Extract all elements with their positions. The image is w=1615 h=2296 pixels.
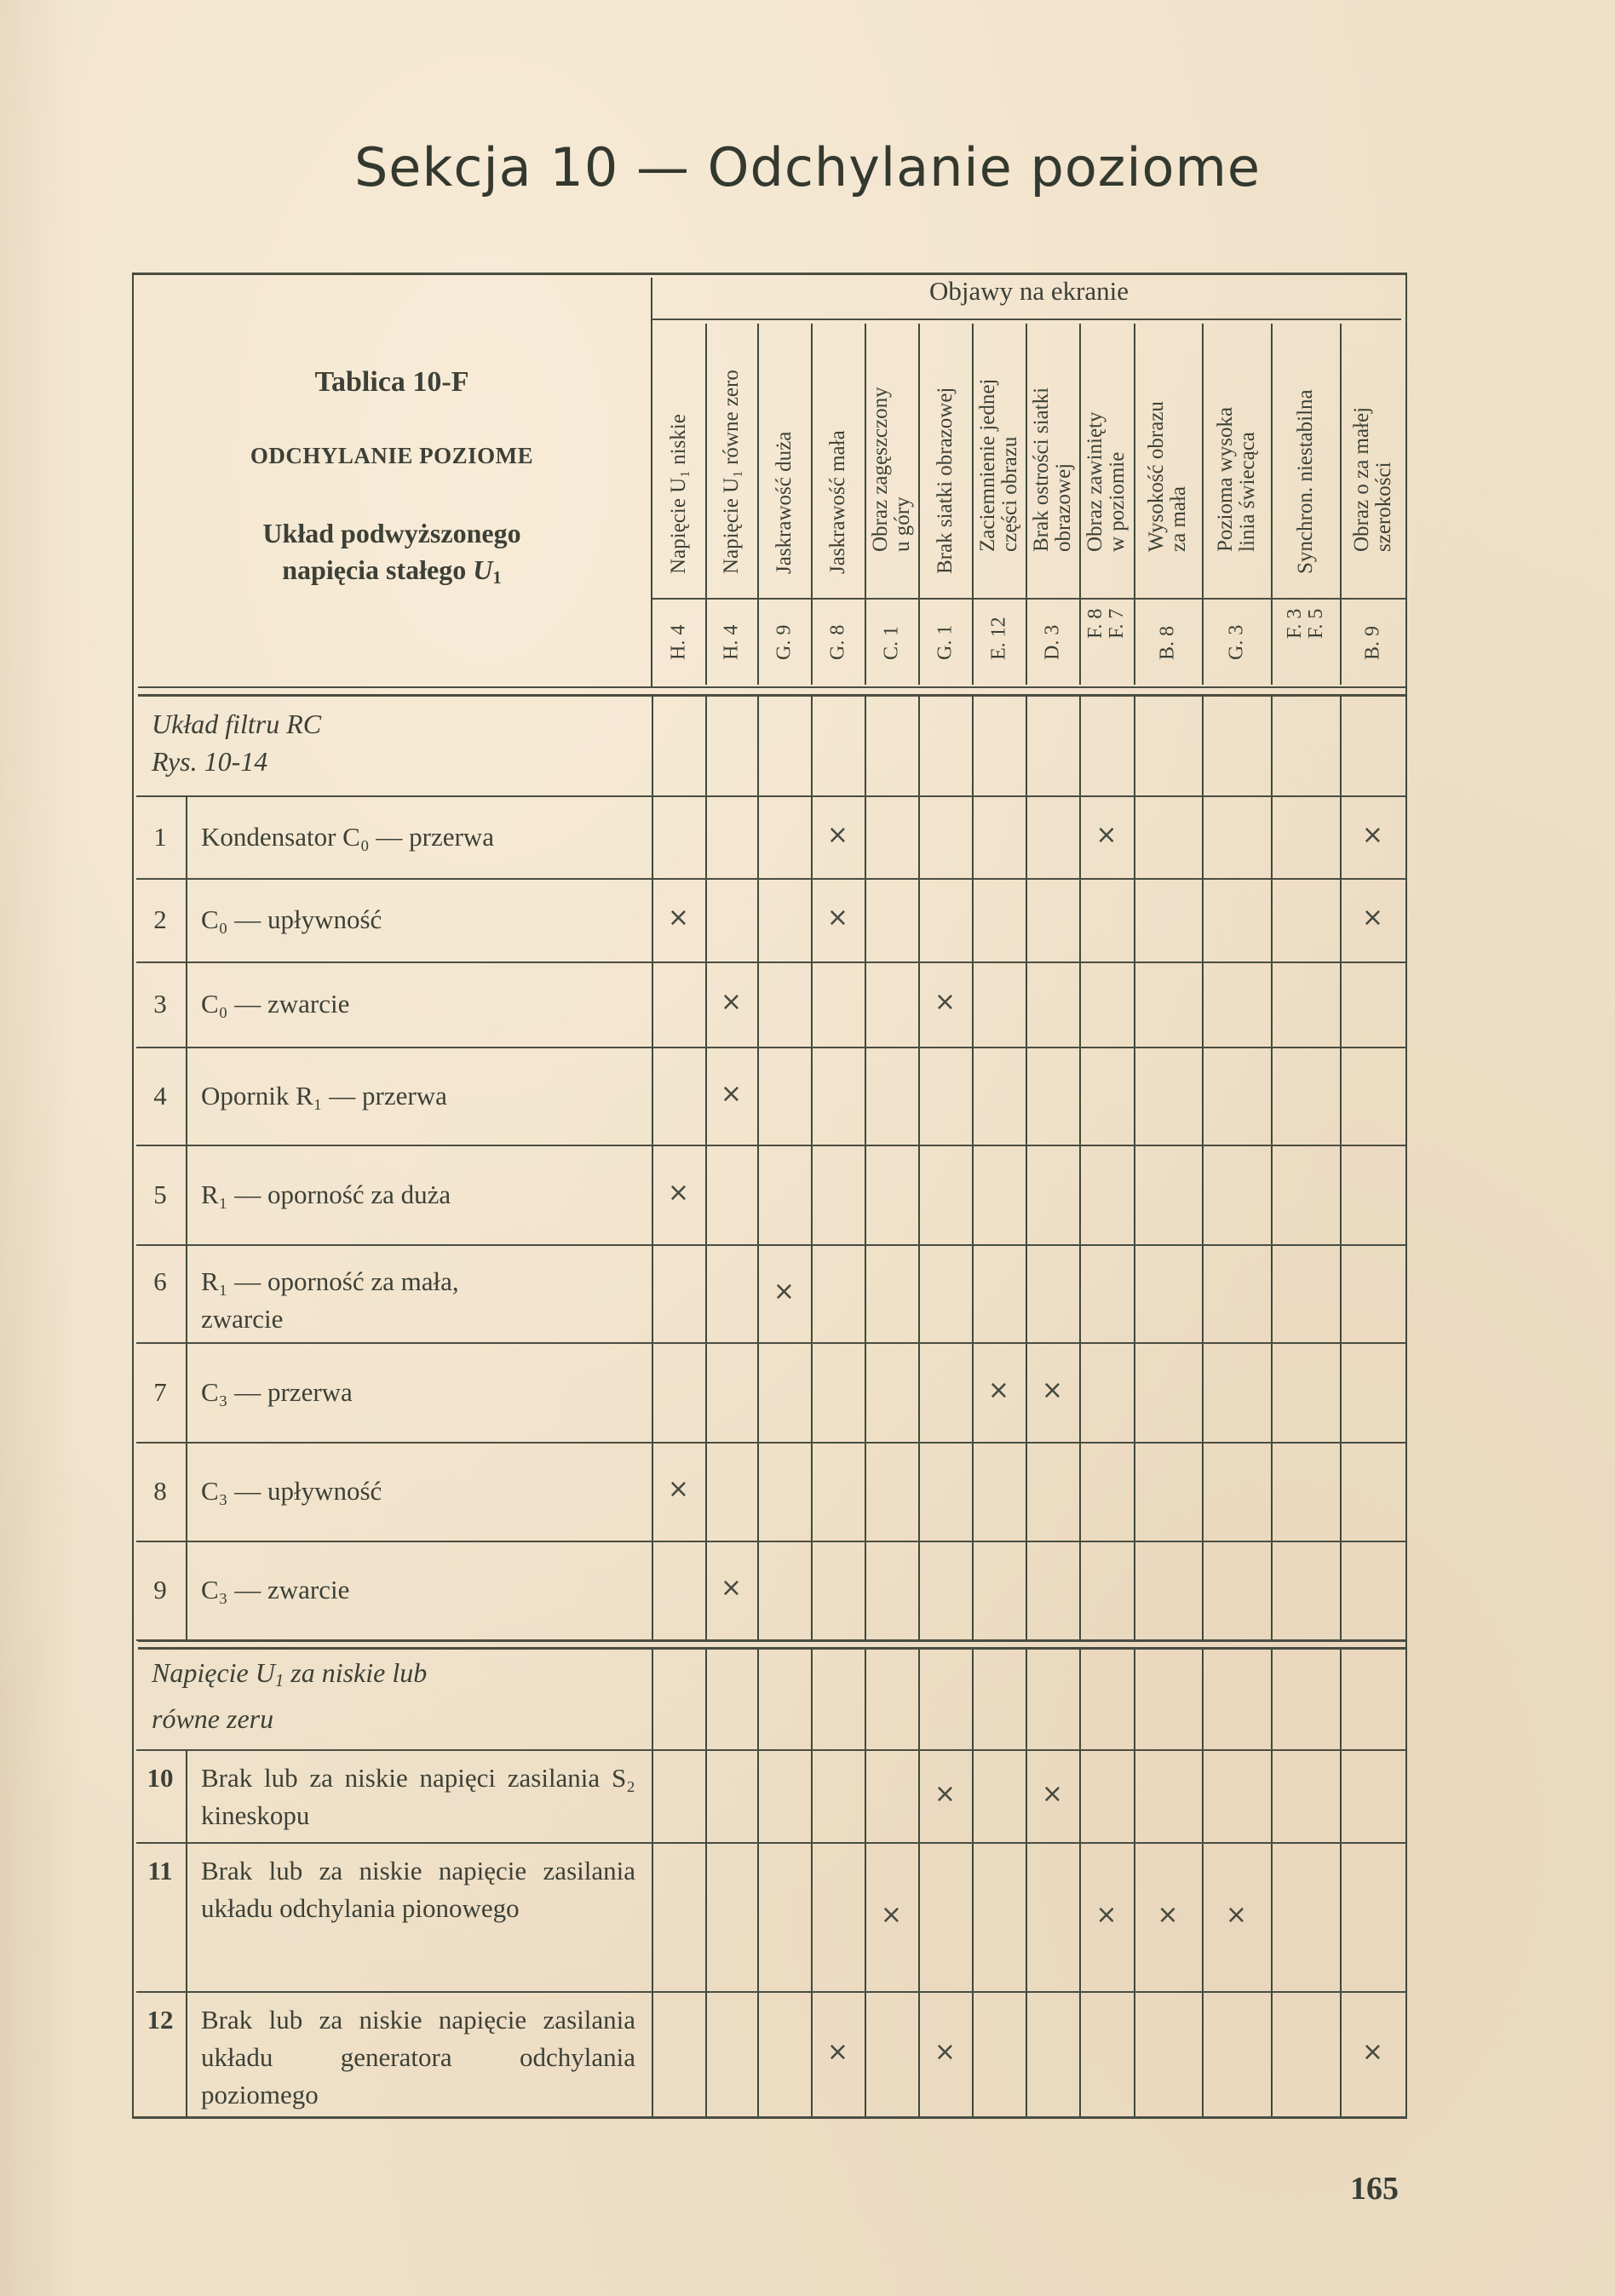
column-reference-code: G. 8 (827, 625, 848, 660)
column-header-label: Obraz zagęszczony u góry (870, 387, 914, 552)
column-divider (1134, 324, 1135, 685)
symptom-mark: × (1220, 1900, 1254, 1930)
column-reference-code: F. 8 F. 7 (1085, 609, 1128, 639)
column-header-label: Brak siatki obrazowej (934, 387, 957, 574)
column-header-label: Obraz o za małej szerokości (1351, 407, 1395, 552)
column-header-label: Jaskrawość mała (827, 430, 849, 574)
symptom-mark: × (715, 1573, 749, 1603)
page-number: 165 (1350, 2170, 1399, 2207)
column-reference-code: H. 4 (721, 625, 742, 660)
row-number: 11 (136, 1856, 184, 1886)
row-number: 3 (136, 989, 184, 1019)
column-divider (1079, 324, 1081, 685)
column-reference: F. 3 F. 5 (1271, 601, 1340, 685)
row-description: Brak lub za niskie napięci zasilania S₂ … (201, 1759, 635, 1834)
section-heading-line1: Napięcie U1 za niskie lub (152, 1654, 427, 1700)
symptom-mark: × (1356, 2037, 1390, 2067)
row-description: R₁ — oporność za duża (201, 1176, 635, 1214)
column-header: Pozioma wysoka linia świecąca (1202, 324, 1271, 596)
row-number: 7 (136, 1377, 184, 1408)
row-description: C₃ — zwarcie (201, 1571, 635, 1609)
column-divider (865, 324, 866, 685)
row-description: C₃ — przerwa (201, 1374, 635, 1411)
symptom-mark: × (1356, 903, 1390, 933)
column-reference-code: B. 8 (1158, 626, 1179, 660)
symptoms-header-line (652, 319, 1401, 320)
column-reference: C. 1 (865, 601, 918, 685)
row-number: 5 (136, 1180, 184, 1210)
row-number: 9 (136, 1575, 184, 1605)
symptom-mark: × (821, 820, 855, 850)
column-reference: B. 8 (1134, 601, 1202, 685)
column-reference: G. 8 (811, 601, 865, 685)
symptom-mark: × (715, 987, 749, 1017)
column-header: Wysokość obrazu za mała (1134, 324, 1202, 596)
column-divider (972, 324, 974, 685)
symptoms-header: Objawy na ekranie (652, 276, 1406, 307)
column-header: Brak ostrości siatki obrazowej (1026, 324, 1079, 596)
table-subtitle: ODCHYLANIE POZIOME (136, 443, 647, 469)
column-header: Obraz zagęszczony u góry (865, 324, 918, 596)
column-header-label: Napięcie U₁ niskie (668, 414, 690, 574)
section-heading-u1-voltage: Napięcie U1 za niskie lub równe zeru (152, 1654, 427, 1737)
column-divider (757, 324, 759, 685)
row-number: 1 (136, 822, 184, 852)
column-header: Napięcie U₁ równe zero (705, 324, 757, 596)
column-divider (811, 324, 813, 685)
row-number: 2 (136, 904, 184, 935)
column-header-label: Synchron. niestabilna (1295, 389, 1317, 574)
column-header: Brak siatki obrazowej (918, 324, 972, 596)
symptom-mark: × (928, 2037, 963, 2067)
symptom-mark: × (928, 987, 963, 1017)
column-header: Obraz o za małej szerokości (1340, 324, 1405, 596)
column-header: Zaciemnienie jednej części obrazu (972, 324, 1026, 596)
column-header-label: Zaciemnienie jednej części obrazu (977, 379, 1021, 552)
section-heading-line2: równe zeru (152, 1700, 427, 1737)
table-bottom-border (132, 2116, 1407, 2119)
row-description: R₁ — oporność za mała, zwarcie (201, 1263, 533, 1338)
row-description: Brak lub za niskie napięcie zasilania uk… (201, 1852, 635, 1927)
symptom-mark: × (875, 1900, 909, 1930)
symptom-mark: × (715, 1079, 749, 1109)
column-header: Napięcie U₁ niskie (652, 324, 705, 596)
symptom-mark: × (982, 1375, 1016, 1405)
column-divider (705, 324, 707, 685)
symptom-mark: × (662, 1474, 696, 1504)
row-number: 10 (136, 1763, 184, 1794)
table-description-line1: Układ podwyższonego (136, 515, 647, 552)
column-reference: G. 3 (1202, 601, 1271, 685)
page-title: Sekcja 10 — Odchylanie poziome (0, 136, 1615, 198)
row-description: C₃ — upływność (201, 1472, 635, 1510)
row-description: Kondensator C₀ — przerwa (201, 818, 635, 856)
column-divider (1271, 324, 1273, 685)
column-header: Jaskrawość mała (811, 324, 865, 596)
section-double-line-bottom (138, 1647, 1405, 1650)
column-divider (1026, 324, 1027, 685)
column-reference-code: G. 9 (773, 625, 795, 660)
column-reference-code: G. 3 (1226, 625, 1247, 660)
column-reference: H. 4 (705, 601, 757, 685)
column-reference: H. 4 (652, 601, 705, 685)
section-heading-line2: Rys. 10-14 (152, 743, 321, 780)
column-reference: G. 9 (757, 601, 811, 685)
table-description-line2: napięcia stałego U1 (136, 552, 647, 596)
symptom-mark: × (1151, 1900, 1185, 1930)
column-reference: B. 9 (1340, 601, 1405, 685)
column-header-label: Wysokość obrazu za mała (1146, 401, 1190, 552)
section-heading-line1: Układ filtru RC (152, 705, 321, 743)
column-reference-code: F. 3 F. 5 (1285, 609, 1327, 639)
column-divider (1340, 324, 1342, 685)
section-double-line-top (138, 1639, 1405, 1642)
table-top-border (132, 273, 1407, 275)
row-number: 6 (136, 1266, 184, 1297)
column-header: Obraz zawinięty w poziomie (1079, 324, 1134, 596)
symptom-mark: × (767, 1277, 802, 1306)
table-right-border (1405, 273, 1407, 2119)
row-number: 8 (136, 1476, 184, 1507)
row-number: 12 (136, 2005, 184, 2035)
column-reference-code: C. 1 (881, 626, 902, 660)
symptom-mark: × (662, 1178, 696, 1208)
column-header-label: Pozioma wysoka linia świecąca (1215, 407, 1259, 552)
header-double-line-bottom (138, 694, 1405, 697)
row-description: C₀ — upływność (201, 901, 635, 938)
symptom-mark: × (1089, 820, 1124, 850)
symptom-mark: × (1356, 820, 1390, 850)
column-header-label: Obraz zawinięty w poziomie (1084, 411, 1129, 552)
column-header: Jaskrawość duża (757, 324, 811, 596)
table-description: Układ podwyższonego napięcia stałego U1 (136, 515, 647, 596)
symptom-mark: × (1036, 1779, 1070, 1809)
symptom-mark: × (1089, 1900, 1124, 1930)
symptom-mark: × (1036, 1375, 1070, 1405)
column-header-label: Jaskrawość duża (773, 432, 796, 574)
column-reference-code: D. 3 (1042, 625, 1063, 660)
column-header: Synchron. niestabilna (1271, 324, 1340, 596)
ref-separator-line (652, 598, 1405, 600)
column-reference-code: G. 1 (934, 625, 956, 660)
column-reference-code: H. 4 (668, 625, 689, 660)
column-reference: D. 3 (1026, 601, 1079, 685)
column-divider (918, 324, 920, 685)
section-heading-rc-filter: Układ filtru RC Rys. 10-14 (152, 705, 321, 780)
column-divider (1202, 324, 1204, 685)
header-double-line-top (138, 686, 1405, 688)
symptom-mark: × (928, 1779, 963, 1809)
column-reference: G. 1 (918, 601, 972, 685)
row-description: Brak lub za niskie napięcie zasilania uk… (201, 2001, 635, 2114)
column-reference-code: B. 9 (1362, 626, 1383, 660)
row-number: 4 (136, 1081, 184, 1111)
column-header-label: Napięcie U₁ równe zero (721, 370, 743, 574)
row-description: Opornik R₁ — przerwa (201, 1077, 635, 1115)
symptom-mark: × (662, 903, 696, 933)
symptom-mark: × (821, 2037, 855, 2067)
column-reference: E. 12 (972, 601, 1026, 685)
column-reference-code: E. 12 (988, 617, 1009, 660)
table-id-label: Tablica 10-F (136, 366, 647, 399)
row-description: C₀ — zwarcie (201, 985, 635, 1023)
column-reference: F. 8 F. 7 (1079, 601, 1134, 685)
column-header-label: Brak ostrości siatki obrazowej (1031, 387, 1075, 552)
symptom-mark: × (821, 903, 855, 933)
